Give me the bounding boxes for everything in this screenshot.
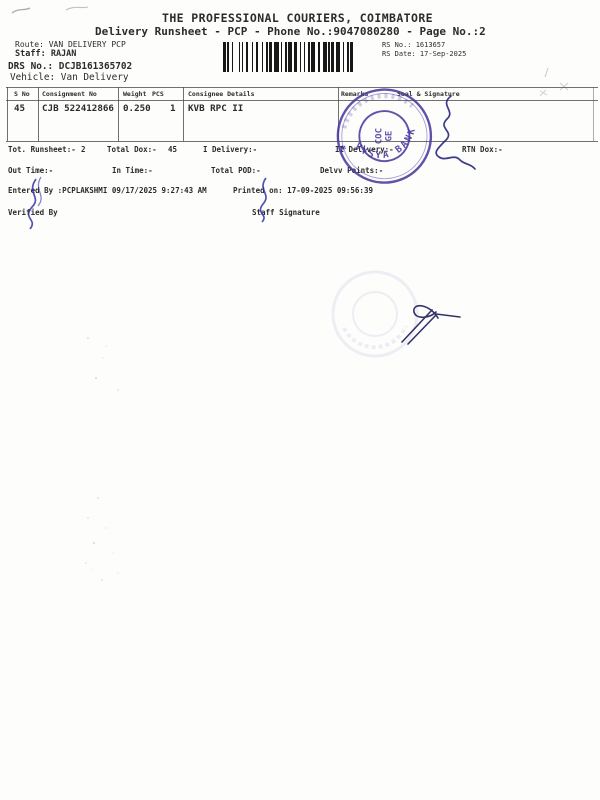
table-col-line xyxy=(183,87,184,141)
cell-consignee: KVB RPC II xyxy=(188,103,243,114)
stamp-inner-text-1: COC xyxy=(374,128,384,144)
scanned-runsheet-page: THE PROFESSIONAL COURIERS, COIMBATORE De… xyxy=(0,0,600,800)
table-header-separator xyxy=(6,100,598,101)
vehicle-line: Vehicle: Van Delivery xyxy=(10,72,129,83)
pen-scuff-marks-top xyxy=(8,2,98,18)
i-delivery-label: I Delivery:- xyxy=(203,145,257,154)
total-dox-value: 45 xyxy=(168,145,177,154)
col-header-sno: S No xyxy=(14,90,30,98)
in-time-label: In Time:- xyxy=(112,166,153,175)
stamp-ring-text: VYSYA BANK xyxy=(350,123,424,171)
table-col-line xyxy=(593,87,594,141)
mid-page-signature xyxy=(368,296,468,348)
stamp-star: * xyxy=(339,143,349,157)
rs-no-line: RS No.: 1613657 xyxy=(382,41,445,49)
seal-column-signature xyxy=(425,92,480,177)
tot-runsheet-label: Tot. Runsheet:- xyxy=(8,145,76,154)
page-subtitle: Delivery Runsheet - PCP - Phone No.:9047… xyxy=(95,25,486,38)
col-header-consignment: Consignment No xyxy=(42,90,97,98)
cell-sno: 45 xyxy=(14,103,25,114)
rs-date-line: RS Date: 17-Sep-2025 xyxy=(382,50,466,58)
total-dox-label: Total Dox:- xyxy=(107,145,157,154)
scan-speckles xyxy=(58,318,158,608)
table-col-line xyxy=(7,87,8,141)
staff-signature-pen-squiggle xyxy=(246,174,286,226)
page-title: THE PROFESSIONAL COURIERS, COIMBATORE xyxy=(162,11,433,25)
verified-by-pen-squiggle xyxy=(16,174,60,232)
route-line: Route: VAN DELIVERY PCP xyxy=(15,40,126,49)
staff-line: Staff: RAJAN xyxy=(15,49,76,59)
cell-weight: 0.250 xyxy=(123,103,151,114)
drs-barcode xyxy=(223,42,353,72)
tot-runsheet-value: 2 xyxy=(81,145,86,154)
col-header-consignee: Consignee Details xyxy=(188,90,255,98)
table-col-line xyxy=(118,87,119,141)
cell-pcs: 1 xyxy=(170,103,176,114)
pen-scuff-marks-right xyxy=(530,58,594,98)
svg-text:VYSYA BANK: VYSYA BANK xyxy=(350,123,424,171)
col-header-weight: Weight xyxy=(123,90,146,98)
table-bottom-border xyxy=(6,141,598,142)
drs-no-line: DRS No.: DCJB161365702 xyxy=(8,61,132,72)
cell-consignment-no: CJB 522412866 xyxy=(42,103,114,114)
table-col-line xyxy=(38,87,39,141)
table-top-border xyxy=(6,87,598,88)
col-header-pcs: PCS xyxy=(152,90,164,98)
stamp-inner-text-2: GE xyxy=(384,131,394,142)
